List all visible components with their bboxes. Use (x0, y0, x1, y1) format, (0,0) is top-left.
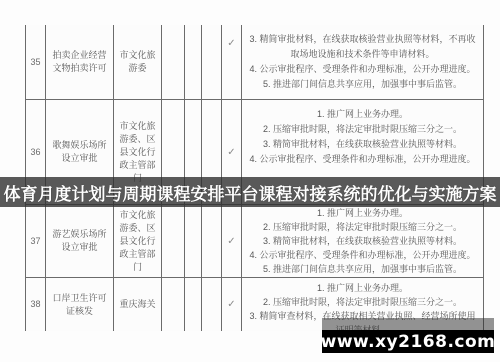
row-number: 35 (26, 25, 46, 99)
item-name: 口岸卫生许可证核发 (46, 278, 114, 331)
row-number: 38 (26, 278, 46, 331)
scanned-page: 35 拍卖企业经营文物拍卖许可 市文化旅游委 ✓ 3. 精简审批材料，在线获取核… (0, 0, 500, 362)
table-row: 37 游艺娱乐场所设立审批 市文化旅游委、区县文化行政主管部门 ✓ 1. 推广网… (26, 205, 483, 278)
empty-cell (202, 278, 222, 331)
site-url: www.xy2168.com (322, 330, 494, 353)
row-number: 37 (26, 205, 46, 277)
site-badge-overlay (322, 318, 494, 330)
watermark-text: 体育月度计划与周期课程安排平台课程对接系统的优化与实施方案 (4, 180, 497, 205)
table-row: 35 拍卖企业经营文物拍卖许可 市文化旅游委 ✓ 3. 精简审批材料，在线获取核… (26, 25, 483, 100)
empty-cell (202, 205, 222, 277)
implementing-agency: 市文化旅游委、区县文化行政主管部门 (114, 205, 162, 277)
empty-cell (162, 278, 185, 331)
empty-cell (185, 25, 202, 99)
empty-cell (162, 25, 185, 99)
checkmark-icon: ✓ (222, 278, 242, 331)
reform-measures: 1. 推广网上业务办理。2. 压缩审批时限，将法定审批时限压缩三分之一。3. 精… (242, 205, 483, 277)
watermark-banner: 体育月度计划与周期课程安排平台课程对接系统的优化与实施方案 (0, 177, 500, 207)
empty-cell (162, 205, 185, 277)
item-name: 拍卖企业经营文物拍卖许可 (46, 25, 114, 99)
empty-cell (185, 205, 202, 277)
empty-cell (202, 25, 222, 99)
empty-cell (185, 278, 202, 331)
reform-measures: 3. 精简审批材料，在线获取核验营业执照等材料，不再收取场地设施和技术条件等申请… (242, 25, 483, 99)
implementing-agency: 重庆海关 (114, 278, 162, 331)
site-badge: www.xy2168.com (322, 318, 494, 353)
implementing-agency: 市文化旅游委 (114, 25, 162, 99)
checkmark-icon: ✓ (222, 25, 242, 99)
item-name: 游艺娱乐场所设立审批 (46, 205, 114, 277)
checkmark-icon: ✓ (222, 205, 242, 277)
